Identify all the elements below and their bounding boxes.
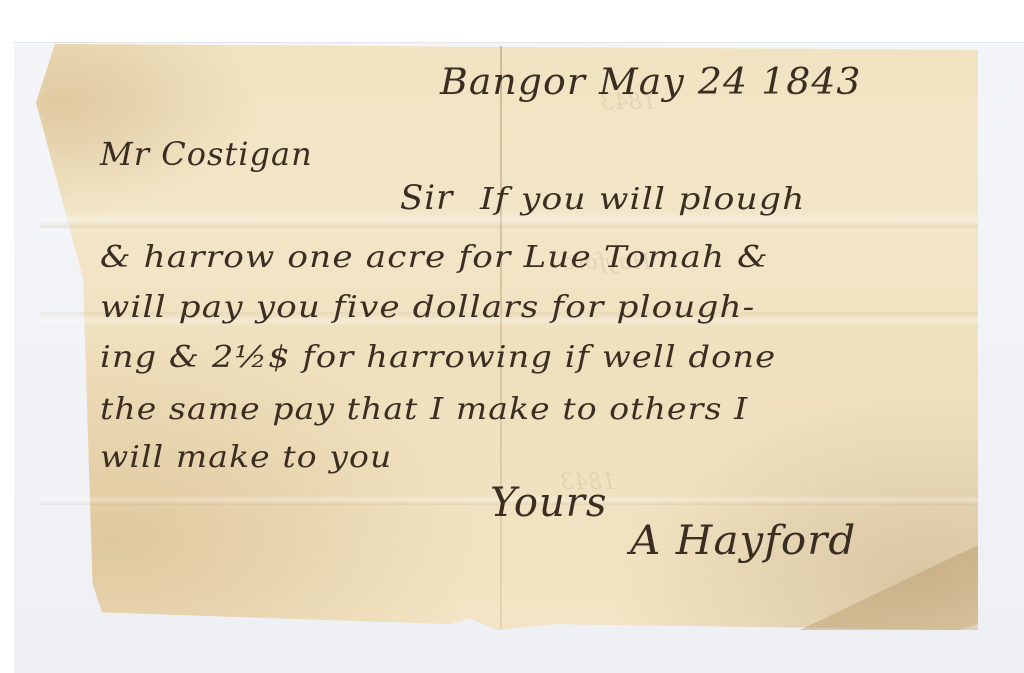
closing: Yours: [490, 480, 607, 526]
body-line: will make to you: [100, 440, 392, 475]
body-line: ing & 2½$ for harrowing if well done: [100, 340, 776, 375]
body-line: & harrow one acre for Lue Tomah &: [100, 240, 769, 275]
salutation: Mr Costigan: [100, 135, 313, 173]
body-line: will pay you five dollars for plough-: [100, 290, 755, 325]
greeting: Sir: [400, 178, 453, 218]
body-line: If you will plough: [480, 182, 806, 217]
date-line: Bangor May 24 1843: [440, 62, 862, 103]
body-line: the same pay that I make to others I: [100, 392, 748, 427]
signature: A Hayford: [630, 518, 856, 564]
vertical-fold-crease: [500, 46, 502, 630]
